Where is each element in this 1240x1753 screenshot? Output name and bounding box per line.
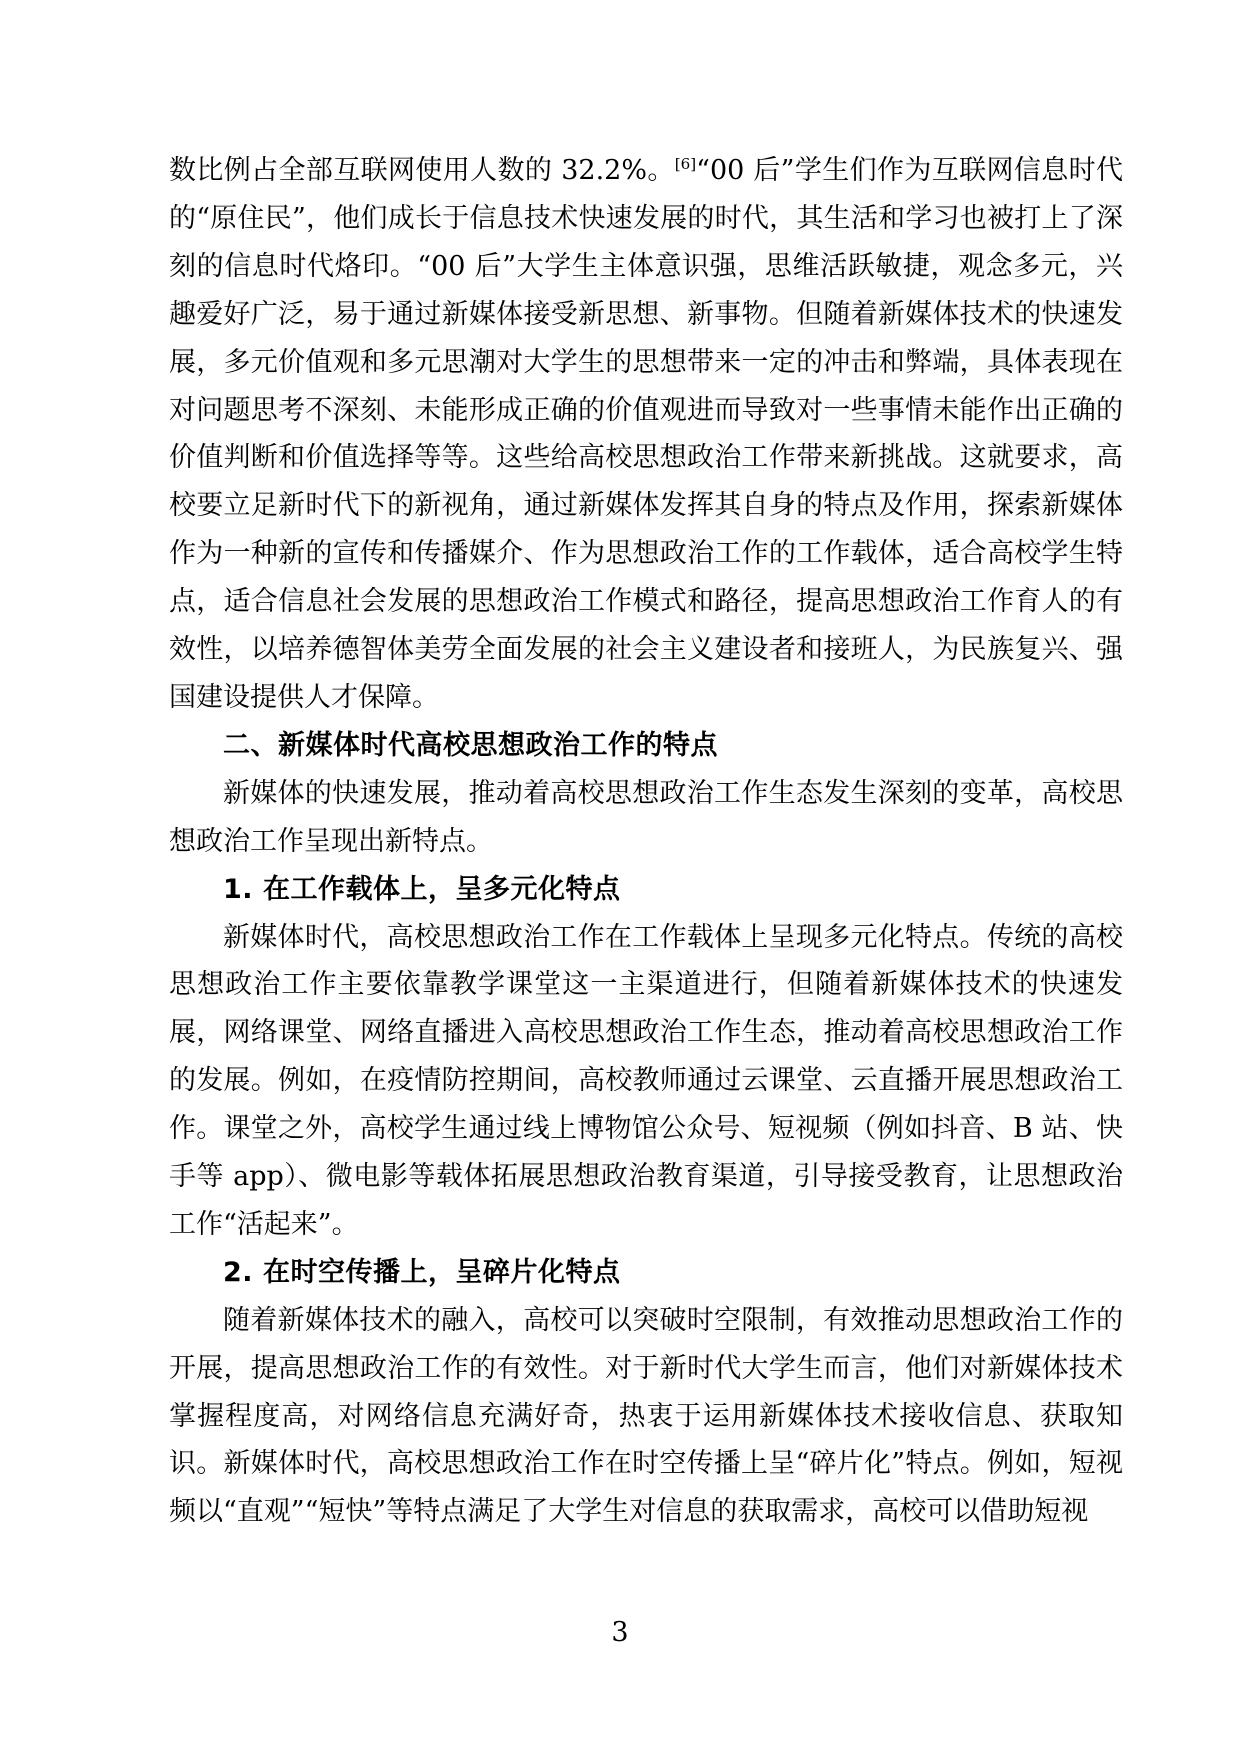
subsection-1-heading: 1. 在工作载体上，呈多元化特点 [169,866,1123,914]
paragraph-subsection-2: 随着新媒体技术的融入，高校可以突破时空限制，有效推动思想政治工作的开展，提高思想… [169,1297,1123,1537]
document-page: 数比例占全部互联网使用人数的 32.2%。[6]“00 后”学生们作为互联网信息… [0,0,1240,1753]
subsection-2-heading: 2. 在时空传播上，呈碎片化特点 [169,1249,1123,1297]
paragraph-section-intro: 新媒体的快速发展，推动着高校思想政治工作生态发生深刻的变革，高校思想政治工作呈现… [169,770,1123,866]
page-footer: 3 [0,1616,1240,1650]
footnote-ref: [6] [675,155,696,173]
section-heading: 二、新媒体时代高校思想政治工作的特点 [169,722,1123,770]
page-number: 3 [611,1617,628,1648]
document-body: 数比例占全部互联网使用人数的 32.2%。[6]“00 后”学生们作为互联网信息… [169,147,1123,1536]
paragraph-subsection-1: 新媒体时代，高校思想政治工作在工作载体上呈现多元化特点。传统的高校思想政治工作主… [169,914,1123,1249]
paragraph-continuation: 数比例占全部互联网使用人数的 32.2%。[6]“00 后”学生们作为互联网信息… [169,147,1123,722]
body-text: “00 后”学生们作为互联网信息时代的“原住民”，他们成长于信息技术快速发展的时… [169,155,1123,713]
body-text: 数比例占全部互联网使用人数的 32.2%。 [169,155,675,186]
